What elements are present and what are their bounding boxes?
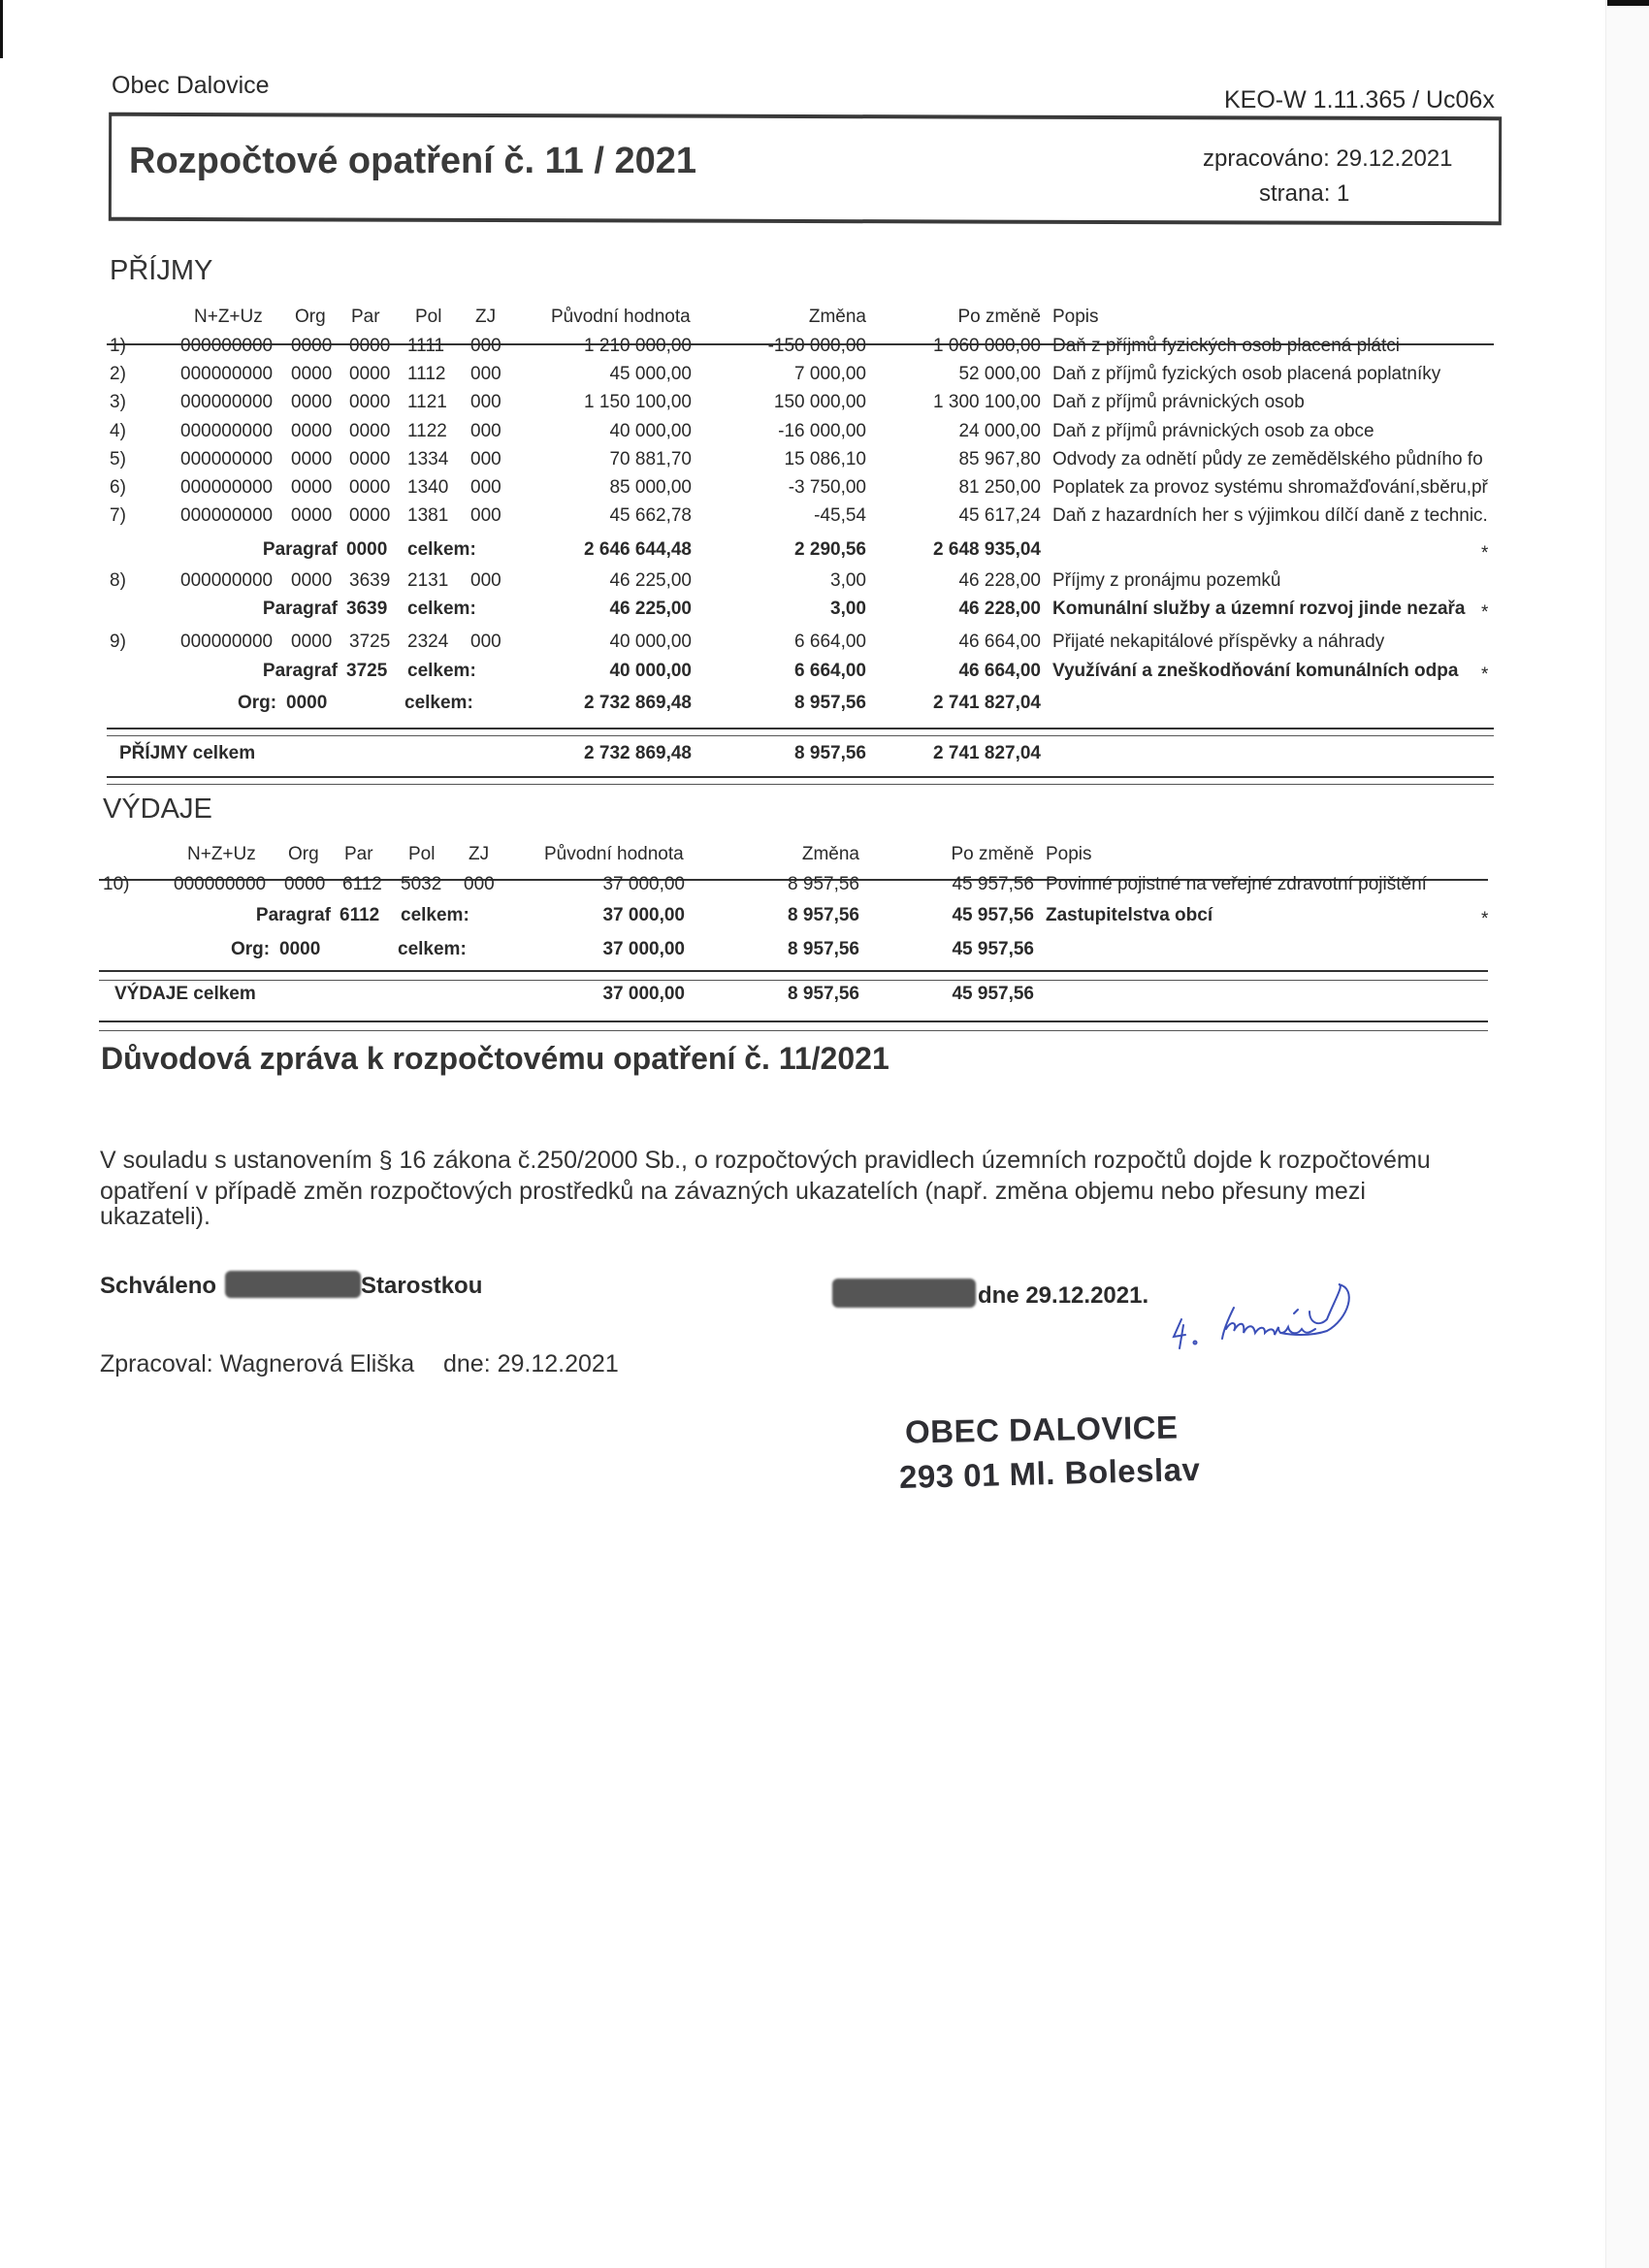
cell-description: Daň z příjmů právnických osob za obce <box>1052 421 1374 442</box>
cell-pol: 1381 <box>407 505 448 527</box>
row-number: 5) <box>110 449 126 470</box>
row-number: 7) <box>110 505 126 527</box>
column-header-zj: ZJ <box>475 307 496 328</box>
divider <box>107 728 1494 729</box>
paragraph-code: 0000 <box>346 539 387 561</box>
cell-original: 46 225,00 <box>609 570 692 592</box>
cell-nzuz: 000000000 <box>180 632 273 653</box>
paragraph-after: 46 228,00 <box>958 599 1041 620</box>
paragraph-after: 2 648 935,04 <box>933 539 1041 561</box>
cell-nzuz: 000000000 <box>180 477 273 499</box>
cell-original: 45 662,78 <box>609 505 692 527</box>
approved-by-suffix: Starostkou <box>361 1273 482 1300</box>
report-text-line-3: ukazateli). <box>100 1203 210 1231</box>
paragraph-original: 40 000,00 <box>609 661 692 682</box>
cell-nzuz: 000000000 <box>180 421 273 442</box>
cell-zj: 000 <box>470 570 501 592</box>
asterisk-mark: * <box>1481 543 1488 565</box>
paragraph-change: 8 957,56 <box>788 905 859 926</box>
paragraph-code: 3639 <box>346 599 387 620</box>
paragraph-label: Paragraf <box>256 905 331 926</box>
paragraph-label: Paragraf <box>263 661 338 682</box>
asterisk-mark: * <box>1481 664 1488 686</box>
cell-par: 0000 <box>349 364 390 385</box>
org-total-change: 8 957,56 <box>788 939 859 960</box>
cell-org: 0000 <box>291 421 332 442</box>
cell-nzuz: 000000000 <box>180 449 273 470</box>
cell-original: 37 000,00 <box>602 874 685 895</box>
cell-nzuz: 000000000 <box>174 874 266 895</box>
cell-after: 45 617,24 <box>958 505 1041 527</box>
divider <box>99 980 1488 981</box>
processed-by-date: dne: 29.12.2021 <box>443 1350 619 1378</box>
report-text-line-1: V souladu s ustanovením § 16 zákona č.25… <box>100 1147 1431 1175</box>
column-header-description: Popis <box>1052 307 1099 328</box>
cell-original: 1 210 000,00 <box>584 336 692 357</box>
cell-par: 0000 <box>349 421 390 442</box>
expenses-section-title: VÝDAJE <box>103 794 212 826</box>
cell-par: 6112 <box>342 874 382 895</box>
cell-par: 0000 <box>349 449 390 470</box>
cell-org: 0000 <box>291 477 332 499</box>
cell-zj: 000 <box>470 632 501 653</box>
signature-icon <box>1164 1280 1426 1358</box>
cell-par: 0000 <box>349 477 390 499</box>
cell-org: 0000 <box>291 336 332 357</box>
redaction-bar <box>225 1271 361 1298</box>
income-section-title: PŘÍJMY <box>110 255 212 287</box>
row-number: 9) <box>110 632 126 653</box>
column-header-pol: Pol <box>408 844 435 865</box>
cell-original: 85 000,00 <box>609 477 692 499</box>
cell-pol: 1334 <box>407 449 448 470</box>
cell-after: 45 957,56 <box>952 874 1034 895</box>
cell-zj: 000 <box>464 874 495 895</box>
org-total-original: 37 000,00 <box>602 939 685 960</box>
cell-zj: 000 <box>470 449 501 470</box>
system-code: KEO-W 1.11.365 / Uc06x <box>1224 86 1495 114</box>
cell-nzuz: 000000000 <box>180 505 273 527</box>
cell-org: 0000 <box>291 632 332 653</box>
cell-original: 45 000,00 <box>609 364 692 385</box>
row-number: 4) <box>110 421 126 442</box>
processed-by: Zpracoval: Wagnerová Eliška <box>100 1350 414 1378</box>
row-number: 1) <box>110 336 126 357</box>
section-total-change: 8 957,56 <box>788 984 859 1005</box>
cell-description: Daň z příjmů fyzických osob placená plát… <box>1052 336 1400 357</box>
section-total-change: 8 957,56 <box>794 743 866 764</box>
paragraph-after: 46 664,00 <box>958 661 1041 682</box>
org-total-original: 2 732 869,48 <box>584 693 692 714</box>
cell-after: 52 000,00 <box>958 364 1041 385</box>
paragraph-change: 6 664,00 <box>794 661 866 682</box>
section-total-label: PŘÍJMY celkem <box>119 743 255 764</box>
column-header-description: Popis <box>1046 844 1092 865</box>
column-header-nzuz: N+Z+Uz <box>194 307 263 328</box>
cell-pol: 5032 <box>401 874 441 895</box>
cell-original: 1 150 100,00 <box>584 392 692 413</box>
paragraph-label: Paragraf <box>263 599 338 620</box>
cell-change: -150 000,00 <box>768 336 866 357</box>
cell-change: -3 750,00 <box>789 477 866 499</box>
cell-org: 0000 <box>284 874 325 895</box>
cell-org: 0000 <box>291 570 332 592</box>
column-header-zj: ZJ <box>469 844 489 865</box>
cell-change: 150 000,00 <box>774 392 866 413</box>
org-total-label: Org: <box>231 939 270 960</box>
cell-change: 3,00 <box>830 570 866 592</box>
stamp-line-1: OBEC DALOVICE <box>905 1409 1179 1451</box>
paragraph-total-label: celkem: <box>407 661 476 682</box>
divider <box>99 1030 1488 1031</box>
org-total-after: 2 741 827,04 <box>933 693 1041 714</box>
cell-description: Odvody za odnětí půdy ze zemědělského pů… <box>1052 449 1483 470</box>
paragraph-original: 37 000,00 <box>602 905 685 926</box>
paragraph-description: Využívání a zneškodňování komunálních od… <box>1052 661 1458 682</box>
report-text-line-2: opatření v případě změn rozpočtových pro… <box>100 1178 1366 1206</box>
cell-nzuz: 000000000 <box>180 364 273 385</box>
cell-zj: 000 <box>470 421 501 442</box>
org-total-code: 0000 <box>286 693 327 714</box>
cell-change: 6 664,00 <box>794 632 866 653</box>
cell-nzuz: 000000000 <box>180 392 273 413</box>
divider <box>107 735 1494 736</box>
cell-pol: 1112 <box>407 364 445 385</box>
cell-pol: 1121 <box>407 392 447 413</box>
divider <box>99 970 1488 972</box>
cell-after: 85 967,80 <box>958 449 1041 470</box>
section-total-label: VÝDAJE celkem <box>114 984 256 1005</box>
column-header-change: Změna <box>809 307 866 328</box>
divider <box>107 784 1494 785</box>
row-number: 6) <box>110 477 126 499</box>
cell-par: 3725 <box>349 632 390 653</box>
cell-description: Poplatek za provoz systému shromažďování… <box>1052 477 1488 499</box>
row-number: 10) <box>103 874 129 895</box>
section-total-original: 37 000,00 <box>602 984 685 1005</box>
cell-change: -45,54 <box>814 505 866 527</box>
document-title: Rozpočtové opatření č. 11 / 2021 <box>129 141 696 182</box>
cell-after: 46 664,00 <box>958 632 1041 653</box>
cell-zj: 000 <box>470 392 501 413</box>
cell-org: 0000 <box>291 392 332 413</box>
stamp-line-2: 293 01 Ml. Boleslav <box>899 1451 1201 1496</box>
divider <box>107 776 1494 778</box>
cell-description: Povinné pojistné na veřejné zdravotní po… <box>1046 874 1427 895</box>
paragraph-code: 6112 <box>339 905 379 926</box>
cell-pol: 1111 <box>407 336 444 357</box>
scan-edge-mark <box>1607 0 1649 6</box>
scan-left-mark <box>0 0 3 58</box>
cell-description: Daň z příjmů fyzických osob placená popl… <box>1052 364 1440 385</box>
row-number: 3) <box>110 392 126 413</box>
cell-change: 15 086,10 <box>784 449 866 470</box>
section-total-after: 2 741 827,04 <box>933 743 1041 764</box>
cell-after: 1 300 100,00 <box>933 392 1041 413</box>
cell-after: 81 250,00 <box>958 477 1041 499</box>
cell-zj: 000 <box>470 477 501 499</box>
section-total-original: 2 732 869,48 <box>584 743 692 764</box>
organization-name: Obec Dalovice <box>112 72 270 100</box>
asterisk-mark: * <box>1481 909 1488 930</box>
cell-pol: 2324 <box>407 632 448 653</box>
paragraph-original: 2 646 644,48 <box>584 539 692 561</box>
section-total-after: 45 957,56 <box>952 984 1034 1005</box>
column-header-par: Par <box>351 307 380 328</box>
paragraph-total-label: celkem: <box>407 539 476 561</box>
report-title: Důvodová zpráva k rozpočtovému opatření … <box>101 1041 889 1077</box>
cell-pol: 2131 <box>407 570 448 592</box>
cell-nzuz: 000000000 <box>180 336 273 357</box>
paragraph-total-label: celkem: <box>401 905 469 926</box>
paragraph-after: 45 957,56 <box>952 905 1034 926</box>
processed-date: zpracováno: 29.12.2021 <box>1203 146 1453 173</box>
cell-after: 46 228,00 <box>958 570 1041 592</box>
approved-by-prefix: Schváleno <box>100 1273 216 1300</box>
cell-org: 0000 <box>291 449 332 470</box>
org-total-code: 0000 <box>279 939 320 960</box>
cell-zj: 000 <box>470 505 501 527</box>
cell-original: 40 000,00 <box>609 421 692 442</box>
cell-pol: 1122 <box>407 421 447 442</box>
cell-change: 7 000,00 <box>794 364 866 385</box>
org-total-suffix: celkem: <box>398 939 467 960</box>
paragraph-description: Zastupitelstva obcí <box>1046 905 1212 926</box>
scan-edge <box>1605 0 1649 2268</box>
cell-description: Daň z hazardních her s výjimkou dílčí da… <box>1052 505 1488 527</box>
row-number: 2) <box>110 364 126 385</box>
org-total-suffix: celkem: <box>404 693 473 714</box>
org-total-change: 8 957,56 <box>794 693 866 714</box>
column-header-org: Org <box>295 307 326 328</box>
cell-pol: 1340 <box>407 477 448 499</box>
paragraph-description: Komunální služby a územní rozvoj jinde n… <box>1052 599 1465 620</box>
cell-after: 1 060 000,00 <box>933 336 1041 357</box>
row-number: 8) <box>110 570 126 592</box>
cell-zj: 000 <box>470 364 501 385</box>
divider <box>99 1021 1488 1022</box>
cell-par: 0000 <box>349 505 390 527</box>
paragraph-original: 46 225,00 <box>609 599 692 620</box>
org-total-after: 45 957,56 <box>952 939 1034 960</box>
column-header-original: Původní hodnota <box>544 844 684 865</box>
asterisk-mark: * <box>1481 602 1488 624</box>
column-header-nzuz: N+Z+Uz <box>187 844 256 865</box>
paragraph-change: 2 290,56 <box>794 539 866 561</box>
cell-change: 8 957,56 <box>788 874 859 895</box>
page-number: strana: 1 <box>1259 180 1349 208</box>
cell-zj: 000 <box>470 336 501 357</box>
redaction-bar <box>832 1279 976 1308</box>
cell-par: 3639 <box>349 570 390 592</box>
column-header-org: Org <box>288 844 319 865</box>
cell-par: 0000 <box>349 392 390 413</box>
column-header-after: Po změně <box>957 307 1041 328</box>
paragraph-label: Paragraf <box>263 539 338 561</box>
cell-after: 24 000,00 <box>958 421 1041 442</box>
column-header-par: Par <box>344 844 373 865</box>
paragraph-total-label: celkem: <box>407 599 476 620</box>
cell-par: 0000 <box>349 336 390 357</box>
cell-description: Daň z příjmů právnických osob <box>1052 392 1305 413</box>
org-total-label: Org: <box>238 693 276 714</box>
cell-description: Přijaté nekapitálové příspěvky a náhrady <box>1052 632 1384 653</box>
cell-org: 0000 <box>291 364 332 385</box>
column-header-original: Původní hodnota <box>551 307 691 328</box>
cell-original: 70 881,70 <box>609 449 692 470</box>
cell-change: -16 000,00 <box>778 421 866 442</box>
column-header-pol: Pol <box>415 307 441 328</box>
paragraph-change: 3,00 <box>830 599 866 620</box>
column-header-change: Změna <box>802 844 859 865</box>
cell-nzuz: 000000000 <box>180 570 273 592</box>
column-header-after: Po změně <box>951 844 1034 865</box>
approval-date: dne 29.12.2021. <box>978 1282 1148 1310</box>
cell-org: 0000 <box>291 505 332 527</box>
paragraph-code: 3725 <box>346 661 387 682</box>
cell-original: 40 000,00 <box>609 632 692 653</box>
cell-description: Příjmy z pronájmu pozemků <box>1052 570 1280 592</box>
